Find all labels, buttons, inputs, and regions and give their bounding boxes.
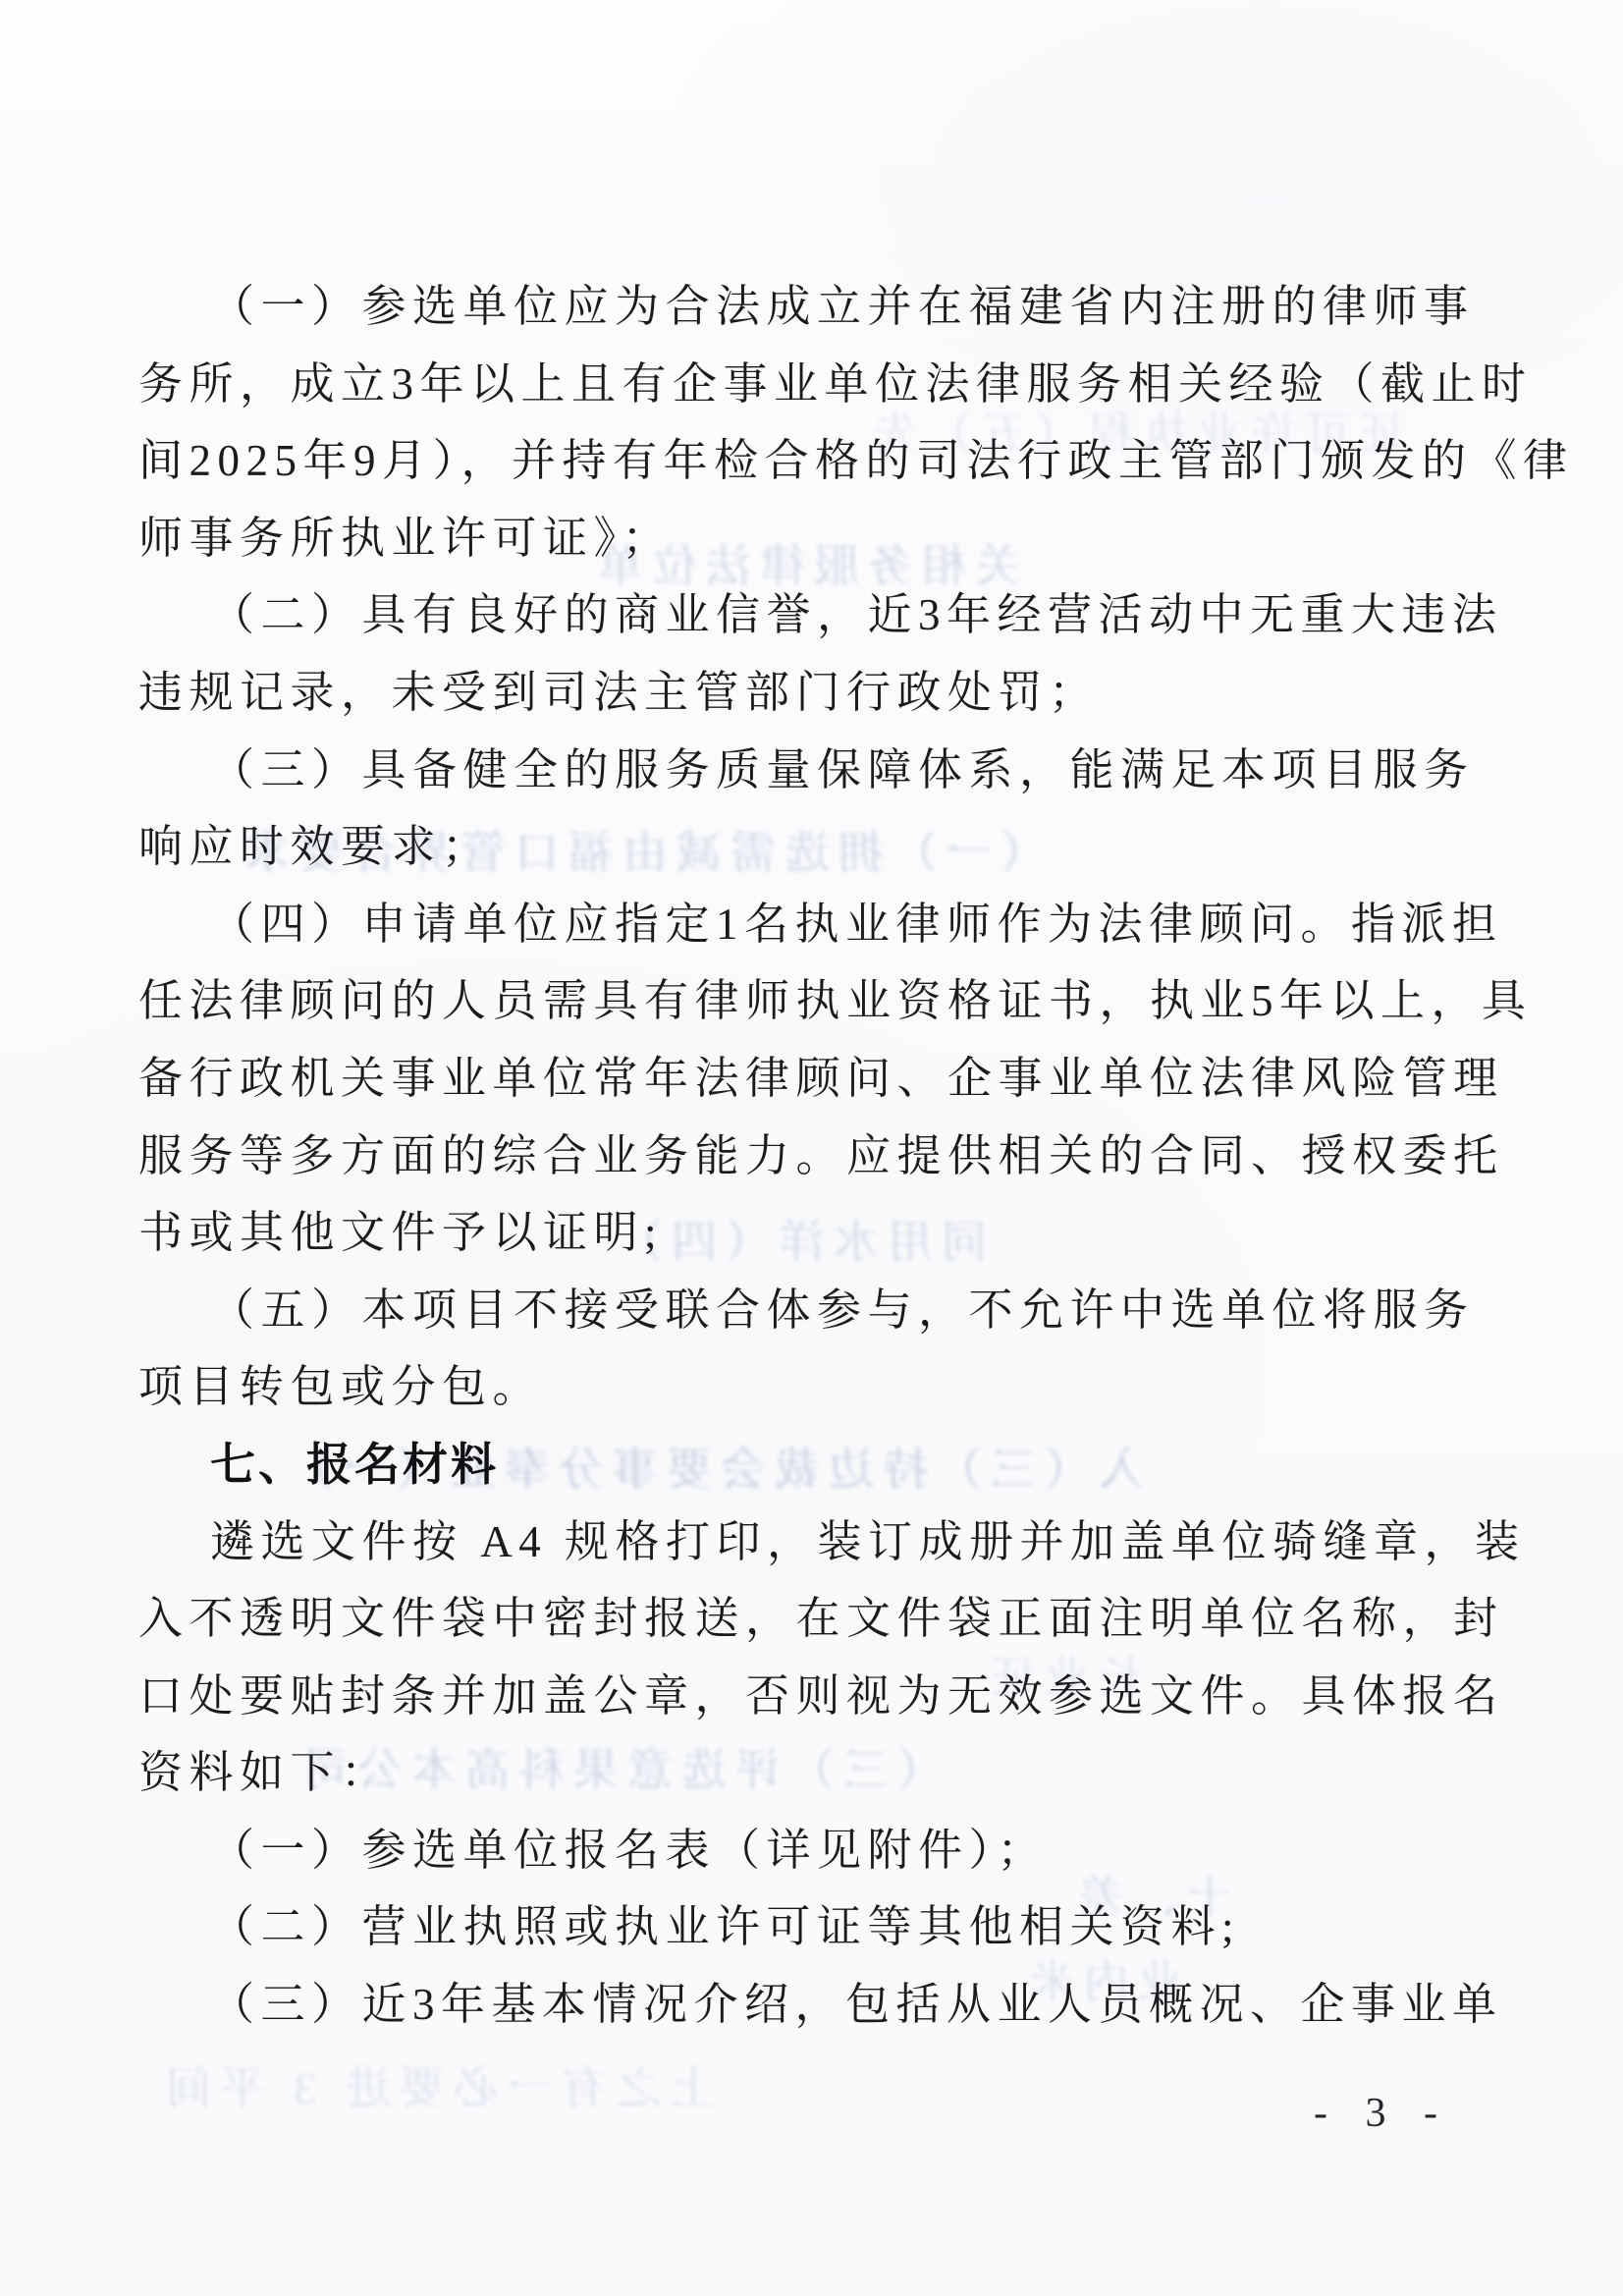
text-line: （一）参选单位报名表（详见附件）； bbox=[138, 1812, 1513, 1889]
text-line: 备行政机关事业单位常年法律顾问、企事业单位法律风险管理 bbox=[138, 1040, 1513, 1118]
text-line: （一）参选单位应为合法成立并在福建省内注册的律师事 bbox=[138, 268, 1513, 346]
text-line: （三）具备健全的服务质量保障体系，能满足本项目服务 bbox=[138, 732, 1513, 809]
text-line: （二）营业执照或执业许可证等其他相关资料; bbox=[138, 1888, 1513, 1966]
text-line: 服务等多方面的综合业务能力。应提供相关的合同、授权委托 bbox=[138, 1118, 1513, 1195]
text-line: 口处要贴封条并加盖公章，否则视为无效参选文件。具体报名 bbox=[138, 1658, 1513, 1735]
section-heading: 七、报名材料 bbox=[138, 1426, 1513, 1503]
scanned-document-page: 关相务服律法位单 证可许业执程（五）先 （一）拥选需减由福口管界合要求 同用水洋… bbox=[0, 0, 1623, 2296]
page-number: - 3 - bbox=[1314, 2090, 1451, 2137]
text-line: 间2025年9月），并持有年检合格的司法行政主管部门颁发的《律 bbox=[138, 422, 1513, 500]
text-line: 师事务所执业许可证》； bbox=[138, 500, 1513, 577]
text-line: （四）申请单位应指定1名执业律师作为法律顾问。指派担 bbox=[138, 886, 1513, 963]
bleed-through-text: 上之有一必要进 3 平间 bbox=[157, 2052, 715, 2117]
text-line: （二）具有良好的商业信誉，近3年经营活动中无重大违法 bbox=[138, 576, 1513, 654]
text-line: 响应时效要求； bbox=[138, 808, 1513, 886]
text-line: 违规记录，未受到司法主管部门行政处罚； bbox=[138, 654, 1513, 732]
text-line: 资料如下： bbox=[138, 1734, 1513, 1812]
text-line: （五）本项目不接受联合体参与，不允许中选单位将服务 bbox=[138, 1272, 1513, 1349]
text-line: 入不透明文件袋中密封报送，在文件袋正面注明单位名称，封 bbox=[138, 1580, 1513, 1658]
text-line: 遴选文件按 A4 规格打印，装订成册并加盖单位骑缝章，装 bbox=[138, 1503, 1513, 1581]
text-line: （三）近3年基本情况介绍，包括从业人员概况、企事业单 bbox=[138, 1966, 1513, 2044]
document-body: （一）参选单位应为合法成立并在福建省内注册的律师事 务所，成立3年以上且有企事业… bbox=[138, 268, 1513, 2044]
text-line: 务所，成立3年以上且有企事业单位法律服务相关经验（截止时 bbox=[138, 346, 1513, 423]
text-line: 任法律顾问的人员需具有律师执业资格证书，执业5年以上，具 bbox=[138, 962, 1513, 1040]
text-line: 项目转包或分包。 bbox=[138, 1348, 1513, 1426]
text-line: 书或其他文件予以证明; bbox=[138, 1194, 1513, 1272]
